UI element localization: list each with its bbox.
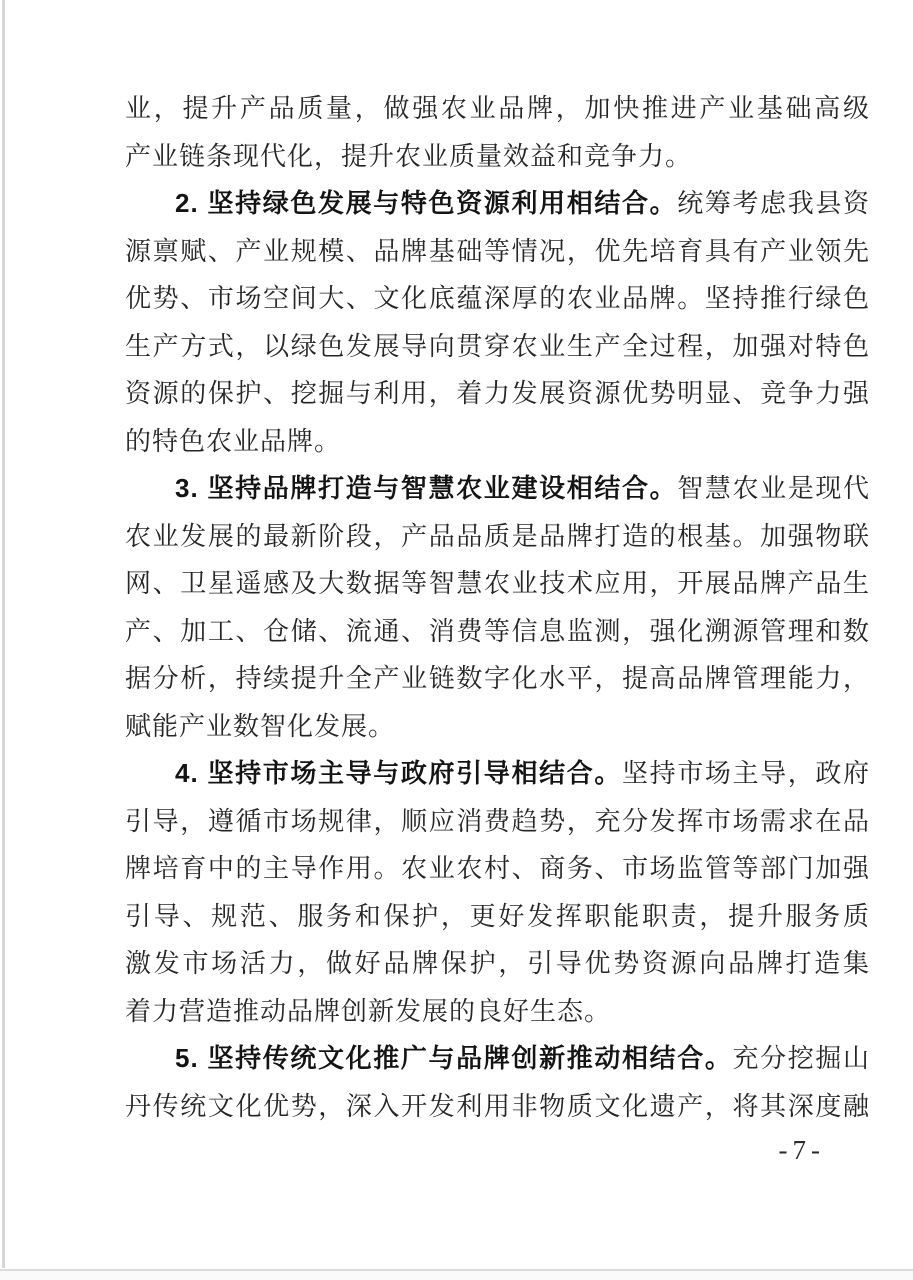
body-segment: 引导，遵循市场规律，顺应消费趋势，充分发挥市场需求在品	[125, 807, 870, 836]
text-lines-container: 业，提升产品质量，做强农业品牌，加快推进产业基础高级化、产业链条现代化，提升农业…	[125, 85, 870, 1130]
body-segment: 生产方式，以绿色发展导向贯穿农业生产全过程，加强对特色	[125, 332, 870, 361]
body-segment: 资源的保护、挖掘与利用，着力发展资源优势明显、竞争力强	[125, 379, 870, 408]
heading-segment: 5. 坚持传统文化推广与品牌创新推动相结合。	[175, 1043, 732, 1073]
body-segment: 产、加工、仓储、流通、消费等信息监测，强化溯源管理和数	[125, 617, 870, 646]
text-line: 赋能产业数智化发展。	[125, 703, 870, 751]
text-line: 引导，遵循市场规律，顺应消费趋势，充分发挥市场需求在品	[125, 798, 870, 846]
text-line: 源禀赋、产业规模、品牌基础等情况，优先培育具有产业领先	[125, 228, 870, 276]
text-line: 据分析，持续提升全产业链数字化水平，提高品牌管理能力，	[125, 655, 870, 703]
text-line: 2. 坚持绿色发展与特色资源利用相结合。统筹考虑我县资	[125, 180, 870, 228]
page-number: -7-	[125, 1130, 870, 1170]
text-line: 的特色农业品牌。	[125, 418, 870, 466]
text-line: 网、卫星遥感及大数据等智慧农业技术应用，开展品牌产品生	[125, 560, 870, 608]
page-bottom-edge-strip	[0, 1269, 913, 1280]
text-line: 业，提升产品质量，做强农业品牌，加快推进产业基础高级化、	[125, 85, 870, 133]
body-segment: 坚持市场主导，政府	[622, 759, 870, 788]
body-segment: 引导、规范、服务和保护，更好发挥职能职责，提升服务质量，	[125, 902, 870, 941]
text-line: 牌培育中的主导作用。农业农村、商务、市场监管等部门加强	[125, 845, 870, 893]
text-line: 资源的保护、挖掘与利用，着力发展资源优势明显、竞争力强	[125, 370, 870, 418]
text-line: 5. 坚持传统文化推广与品牌创新推动相结合。充分挖掘山	[125, 1035, 870, 1083]
body-segment: 牌培育中的主导作用。农业农村、商务、市场监管等部门加强	[125, 854, 870, 883]
body-segment: 着力营造推动品牌创新发展的良好生态。	[125, 997, 611, 1026]
document-body-text: 业，提升产品质量，做强农业品牌，加快推进产业基础高级化、产业链条现代化，提升农业…	[125, 85, 870, 1170]
body-segment: 源禀赋、产业规模、品牌基础等情况，优先培育具有产业领先	[125, 237, 870, 266]
body-segment: 的特色农业品牌。	[125, 427, 341, 456]
text-line: 3. 坚持品牌打造与智慧农业建设相结合。智慧农业是现代	[125, 465, 870, 513]
text-line: 丹传统文化优势，深入开发利用非物质文化遗产，将其深度融	[125, 1083, 870, 1131]
page-left-edge-line	[2, 0, 5, 1268]
body-segment: 农业发展的最新阶段，产品品质是品牌打造的根基。加强物联	[125, 522, 870, 551]
heading-segment: 2. 坚持绿色发展与特色资源利用相结合。	[175, 188, 677, 218]
text-line: 4. 坚持市场主导与政府引导相结合。坚持市场主导，政府	[125, 750, 870, 798]
body-segment: 充分挖掘山	[732, 1044, 870, 1073]
body-segment: 业，提升产品质量，做强农业品牌，加快推进产业基础高级化、	[125, 94, 870, 133]
body-segment: 网、卫星遥感及大数据等智慧农业技术应用，开展品牌产品生	[125, 569, 870, 598]
heading-segment: 4. 坚持市场主导与政府引导相结合。	[175, 758, 622, 788]
text-line: 着力营造推动品牌创新发展的良好生态。	[125, 988, 870, 1036]
text-line: 农业发展的最新阶段，产品品质是品牌打造的根基。加强物联	[125, 513, 870, 561]
heading-segment: 3. 坚持品牌打造与智慧农业建设相结合。	[175, 473, 677, 503]
body-segment: 统筹考虑我县资	[677, 189, 870, 218]
text-line: 产业链条现代化，提升农业质量效益和竞争力。	[125, 133, 870, 181]
body-segment: 激发市场活力，做好品牌保护，引导优势资源向品牌打造集聚，	[125, 949, 870, 988]
body-segment: 赋能产业数智化发展。	[125, 712, 395, 741]
body-segment: 智慧农业是现代	[677, 474, 870, 503]
text-line: 产、加工、仓储、流通、消费等信息监测，强化溯源管理和数	[125, 608, 870, 656]
body-segment: 据分析，持续提升全产业链数字化水平，提高品牌管理能力，	[125, 664, 870, 693]
document-page: 业，提升产品质量，做强农业品牌，加快推进产业基础高级化、产业链条现代化，提升农业…	[0, 0, 913, 1280]
body-segment: 优势、市场空间大、文化底蕴深厚的农业品牌。坚持推行绿色	[125, 284, 870, 313]
text-line: 激发市场活力，做好品牌保护，引导优势资源向品牌打造集聚，	[125, 940, 870, 988]
body-segment: 产业链条现代化，提升农业质量效益和竞争力。	[125, 142, 692, 171]
text-line: 生产方式，以绿色发展导向贯穿农业生产全过程，加强对特色	[125, 323, 870, 371]
text-line: 引导、规范、服务和保护，更好发挥职能职责，提升服务质量，	[125, 893, 870, 941]
body-segment: 丹传统文化优势，深入开发利用非物质文化遗产，将其深度融	[125, 1092, 870, 1121]
text-line: 优势、市场空间大、文化底蕴深厚的农业品牌。坚持推行绿色	[125, 275, 870, 323]
